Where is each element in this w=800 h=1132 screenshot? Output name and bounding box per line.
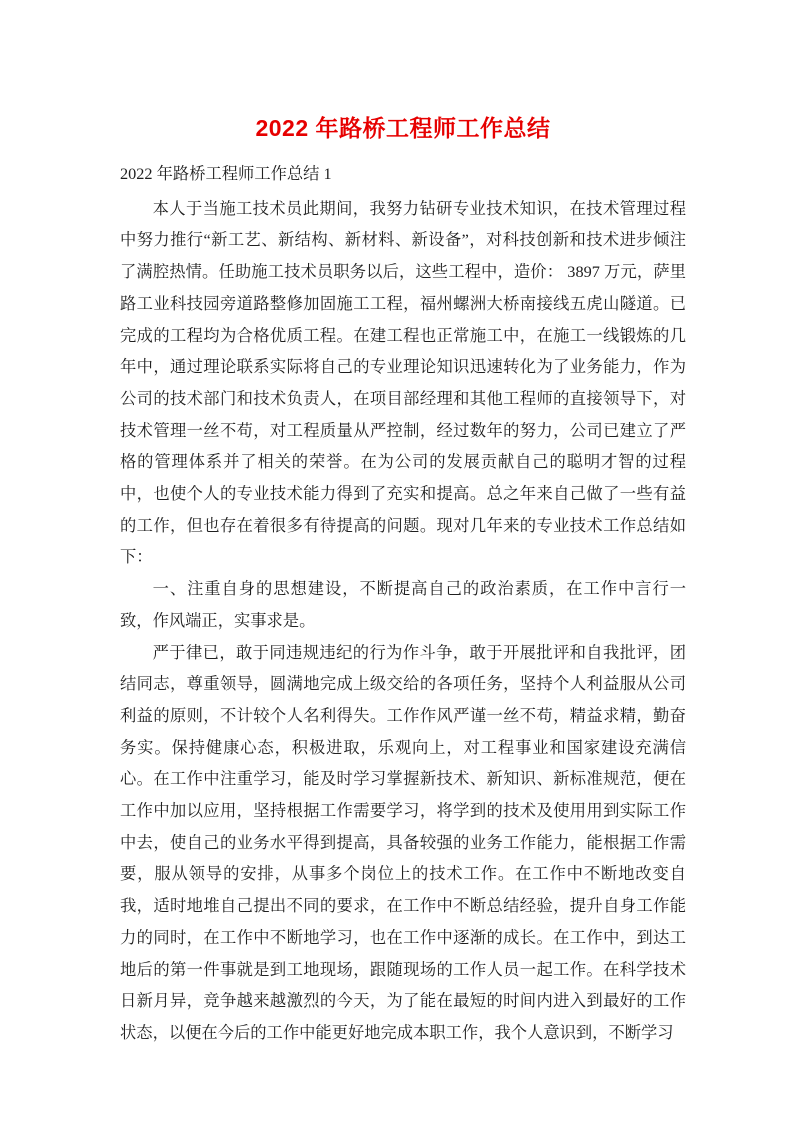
document-content: 2022 年路桥工程师工作总结 2022 年路桥工程师工作总结 1 本人于当施工… [120,112,686,1049]
document-body: 本人于当施工技术员此期间，我努力钻研专业技术知识，在技术管理过程中努力推行“新工… [120,193,686,1049]
document-subtitle: 2022 年路桥工程师工作总结 1 [120,158,686,190]
paragraph-intro: 本人于当施工技术员此期间，我努力钻研专业技术知识，在技术管理过程中努力推行“新工… [120,193,686,573]
paragraph-section-one: 一、注重自身的思想建设，不断提高自己的政治素质，在工作中言行一致，作风端正，实事… [120,573,686,636]
document-page: 2022 年路桥工程师工作总结 2022 年路桥工程师工作总结 1 本人于当施工… [0,0,800,1132]
document-title: 2022 年路桥工程师工作总结 [120,112,686,144]
paragraph-self-discipline: 严于律已，敢于同违规违纪的行为作斗争，敢于开展批评和自我批评，团结同志，尊重领导… [120,637,686,1049]
